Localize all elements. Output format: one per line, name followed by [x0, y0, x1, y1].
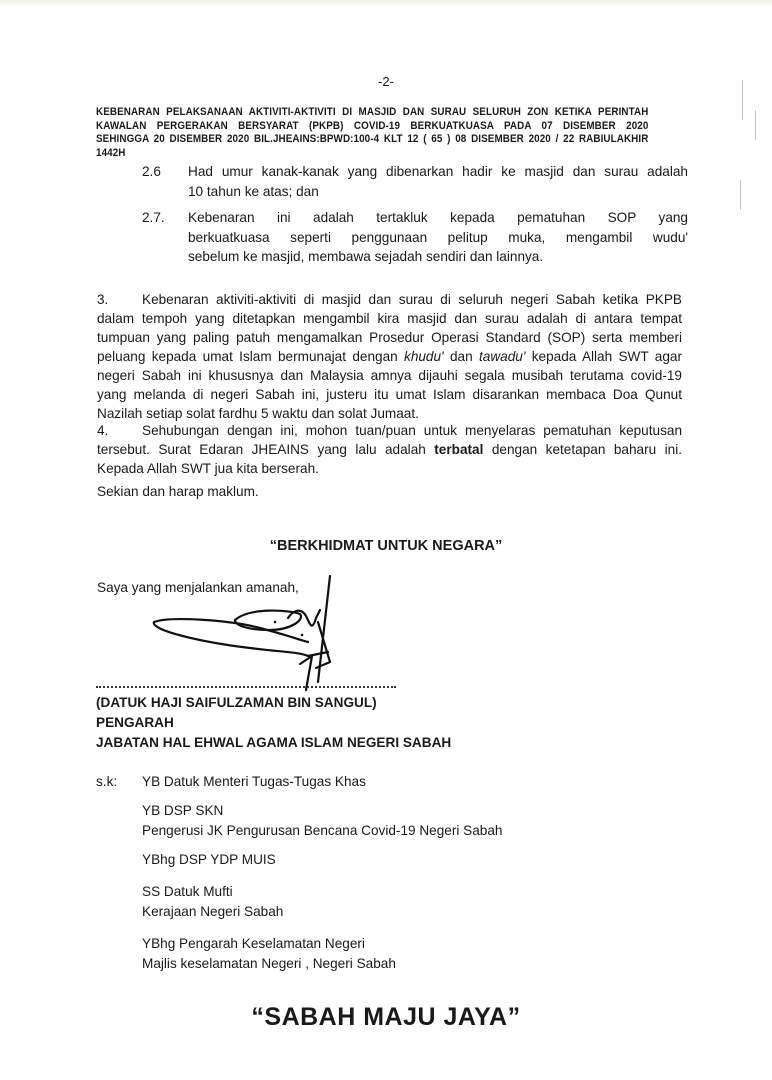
text-run: peluang kepada umat Islam bermunajat den… — [97, 349, 404, 364]
page-number: -2- — [0, 74, 772, 89]
paragraph-text: yang melanda di negeri Sabah ini, juster… — [97, 385, 682, 404]
item-number: 2.7. — [142, 208, 165, 228]
letter-subject: KEBENARAN PELAKSANAAN AKTIVITI-AKTIVITI … — [96, 106, 648, 160]
paragraph-number: 4. — [97, 421, 142, 440]
cc-recipient: YB Datuk Menteri Tugas-Tugas Khas — [142, 772, 366, 792]
scan-artifact — [742, 80, 743, 120]
paragraph-text: Kepada Allah SWT jua kita berserah. — [97, 459, 682, 478]
cc-line: YBhg Pengarah Keselamatan Negeri — [142, 934, 396, 954]
cc-recipient: SS Datuk Mufti Kerajaan Negeri Sabah — [142, 882, 283, 921]
subject-line: KAWALAN PERGERAKAN BERSYARAT (PKPB) COVI… — [96, 120, 648, 134]
cc-line: Majlis keselamatan Negeri , Negeri Sabah — [142, 954, 396, 974]
paragraph-text: negeri Sabah ini khususnya dan Malaysia … — [97, 366, 682, 385]
paragraph-text: Kebenaran aktiviti-aktiviti di masjid da… — [142, 292, 682, 307]
text-run: dan — [444, 349, 479, 364]
paragraph-number: 3. — [97, 290, 142, 309]
text-run: kepada Allah SWT agar — [525, 349, 682, 364]
document-page: -2- KEBENARAN PELAKSANAAN AKTIVITI-AKTIV… — [0, 0, 772, 1080]
cc-label: s.k: — [96, 772, 117, 792]
paragraph-4: 4.Sehubungan dengan ini, mohon tuan/puan… — [97, 421, 682, 478]
subject-line: KEBENARAN PELAKSANAAN AKTIVITI-AKTIVITI … — [96, 106, 648, 120]
item-text-line: 10 tahun ke atas; dan — [188, 182, 688, 202]
signature-image — [140, 572, 340, 694]
signatory-block: (DATUK HAJI SAIFULZAMAN BIN SANGUL) PENG… — [96, 693, 451, 753]
cc-line: Pengerusi JK Pengurusan Bencana Covid-19… — [142, 821, 502, 841]
scan-artifact — [740, 180, 741, 210]
bold-term: terbatal — [434, 442, 483, 457]
item-text-line: Had umur kanak-kanak yang dibenarkan had… — [188, 162, 688, 182]
cc-line: SS Datuk Mufti — [142, 882, 283, 902]
italic-term: khudu' — [404, 349, 444, 364]
item-number: 2.6 — [142, 162, 161, 182]
text-run: tersebut. Surat Edaran JHEAINS yang lalu… — [97, 442, 434, 457]
paragraph-text: tersebut. Surat Edaran JHEAINS yang lalu… — [97, 440, 682, 459]
paragraph-text: dalam tempoh yang ditetapkan mengambil k… — [97, 309, 682, 328]
signature-line — [96, 686, 396, 688]
cc-line: Kerajaan Negeri Sabah — [142, 902, 283, 922]
closing-line: Sekian dan harap maklum. — [97, 484, 259, 499]
paragraph-text: tumpuan yang paling patuh mengamalkan Pr… — [97, 328, 682, 347]
item-text-line: sebelum ke masjid, membawa sejadah sendi… — [188, 247, 688, 267]
paragraph-text: Sehubungan dengan ini, mohon tuan/puan u… — [142, 423, 682, 438]
motto: “SABAH MAJU JAYA” — [0, 1003, 772, 1032]
signatory-name: (DATUK HAJI SAIFULZAMAN BIN SANGUL) — [96, 693, 451, 713]
cc-recipient: YBhg Pengarah Keselamatan Negeri Majlis … — [142, 934, 396, 973]
cc-line: YBhg DSP YDP MUIS — [142, 850, 276, 870]
cc-line: YB Datuk Menteri Tugas-Tugas Khas — [142, 772, 366, 792]
item-text-line: berkuatkuasa seperti penggunaan pelitup … — [188, 228, 688, 248]
paragraph-text: peluang kepada umat Islam bermunajat den… — [97, 347, 682, 366]
text-run: dengan ketetapan baharu ini. — [483, 442, 682, 457]
cc-recipient: YBhg DSP YDP MUIS — [142, 850, 276, 870]
cc-line: YB DSP SKN — [142, 801, 502, 821]
cc-recipient: YB DSP SKN Pengerusi JK Pengurusan Benca… — [142, 801, 502, 840]
paragraph-3: 3.Kebenaran aktiviti-aktiviti di masjid … — [97, 290, 682, 423]
italic-term: tawadu' — [479, 349, 525, 364]
scan-artifact — [755, 110, 756, 140]
signatory-department: JABATAN HAL EHWAL AGAMA ISLAM NEGERI SAB… — [96, 733, 451, 753]
item-text-line: Kebenaran ini adalah tertakluk kepada pe… — [188, 208, 688, 228]
signatory-title: PENGARAH — [96, 713, 451, 733]
slogan: “BERKHIDMAT UNTUK NEGARA” — [0, 538, 772, 554]
subject-line: SEHINGGA 20 DISEMBER 2020 BIL.JHEAINS:BP… — [96, 133, 648, 160]
